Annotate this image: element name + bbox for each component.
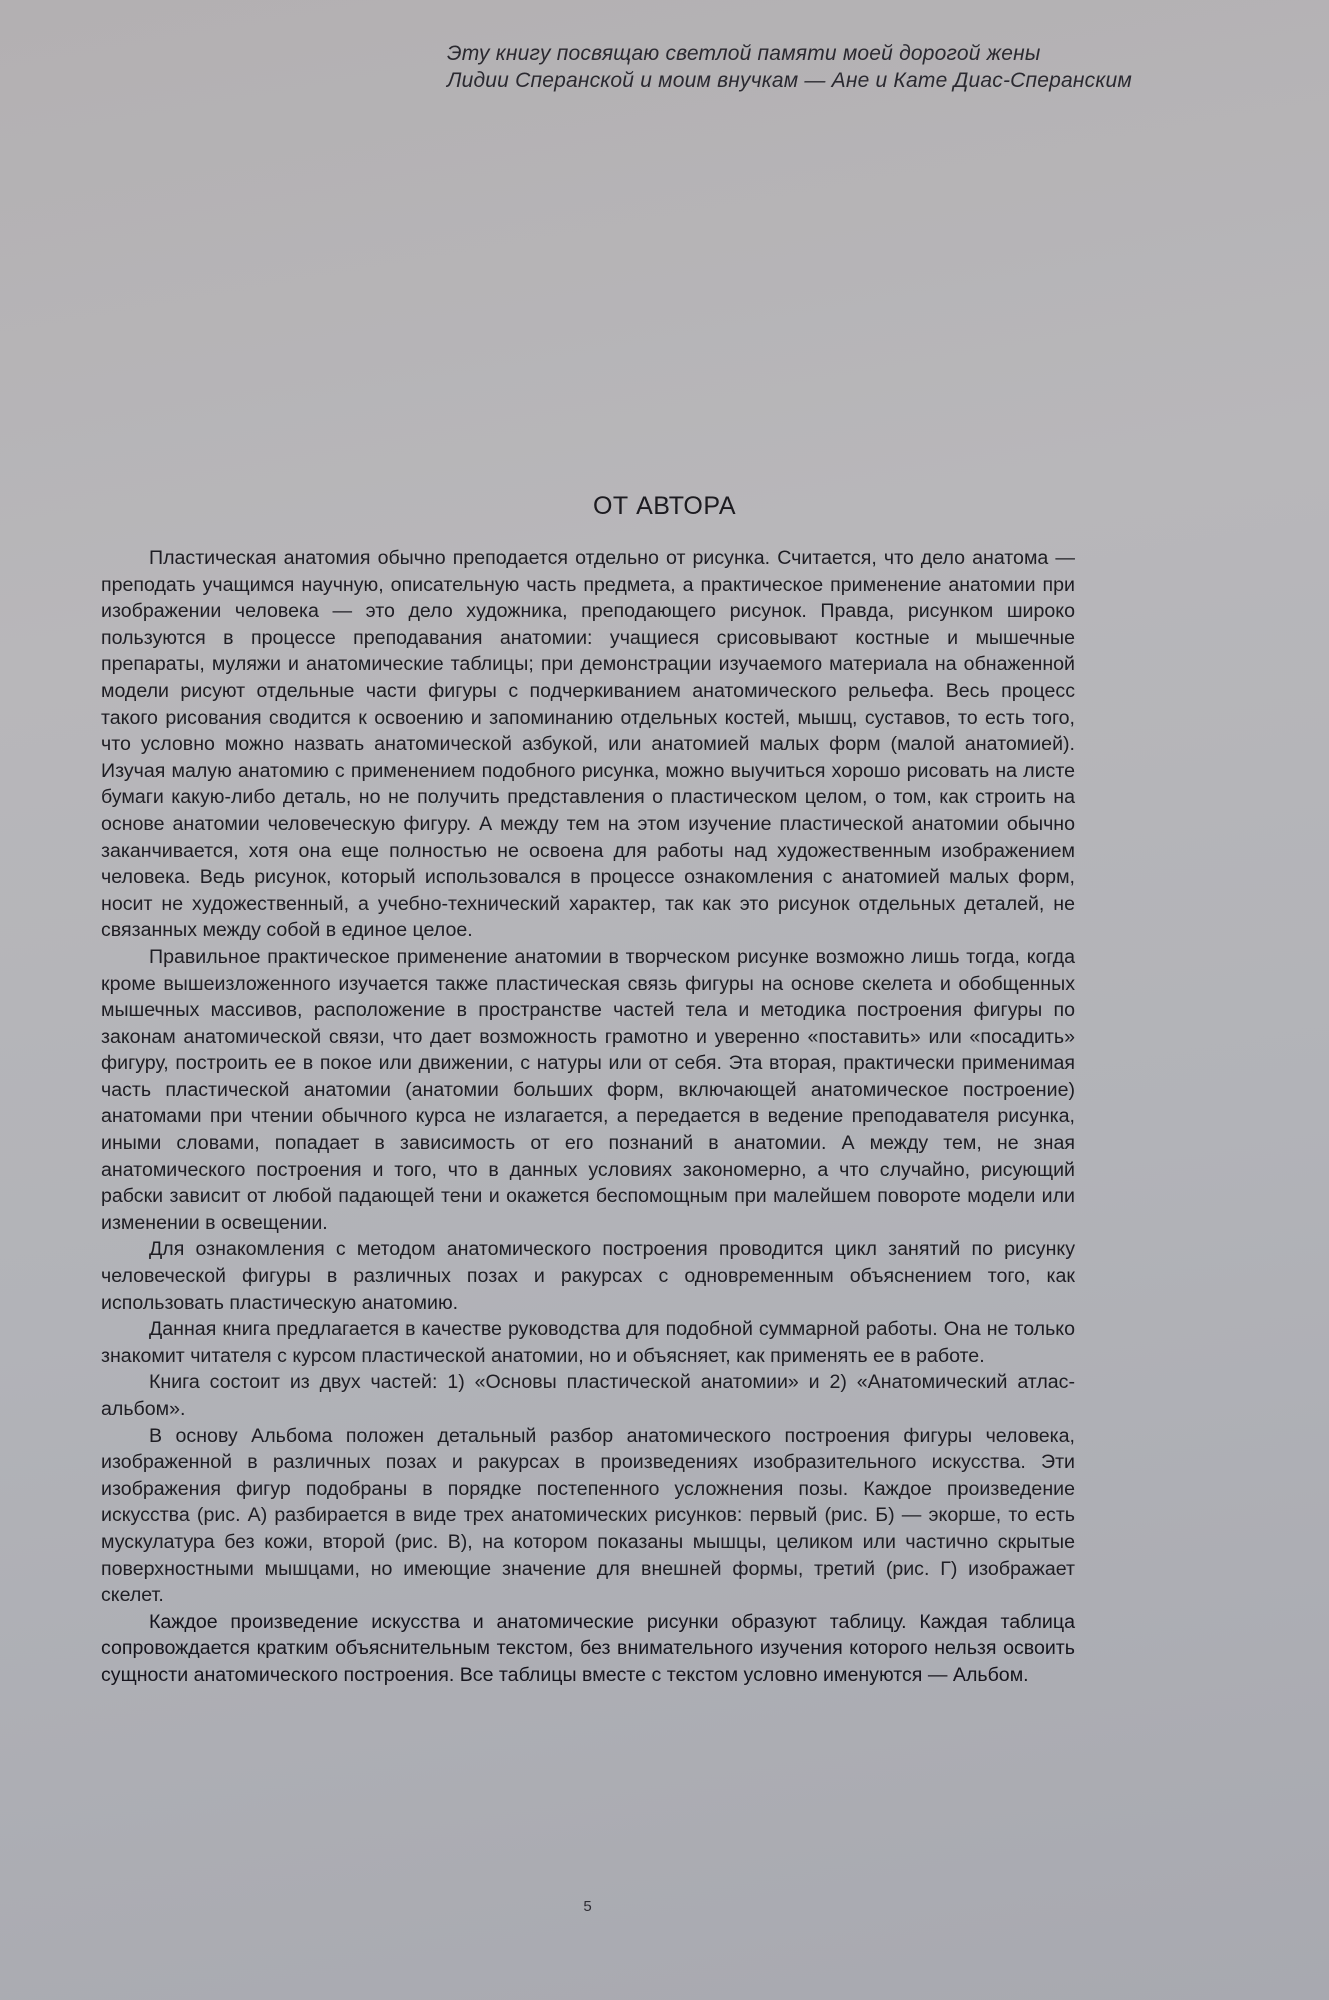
dedication: Эту книгу посвящаю светлой памяти моей д… [447, 40, 1267, 94]
paragraph: Пластическая анатомия обычно преподается… [101, 545, 1075, 944]
page-number: 5 [0, 1898, 1175, 1915]
paragraph: Книга состоит из двух частей: 1) «Основы… [101, 1369, 1075, 1422]
section-body: Пластическая анатомия обычно преподается… [101, 545, 1075, 1689]
dedication-line: Эту книгу посвящаю светлой памяти моей д… [447, 40, 1267, 67]
paragraph: Для ознакомления с методом анатомическог… [101, 1236, 1075, 1316]
paragraph: Правильное практическое применение анато… [101, 944, 1075, 1237]
dedication-line: Лидии Сперанской и моим внучкам — Ане и … [447, 67, 1267, 94]
paragraph: В основу Альбома положен детальный разбо… [101, 1423, 1075, 1609]
section-title: ОТ АВТОРА [0, 492, 1329, 521]
paragraph: Каждое произведение искусства и анатомич… [101, 1609, 1075, 1689]
book-page: Эту книгу посвящаю светлой памяти моей д… [0, 0, 1329, 2000]
paragraph: Данная книга предлагается в качестве рук… [101, 1316, 1075, 1369]
